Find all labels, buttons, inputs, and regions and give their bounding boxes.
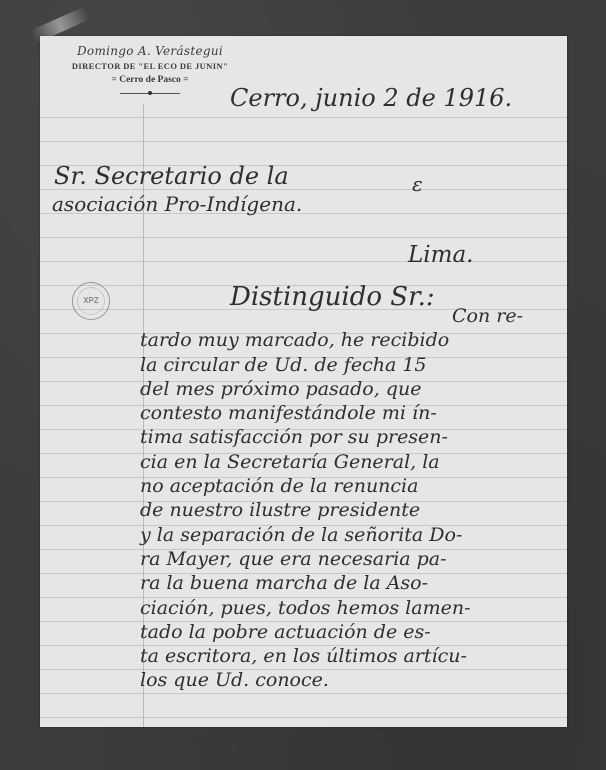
letter-body: Con re- tardo muy marcado, he recibido l…	[140, 304, 560, 693]
body-line: ra Mayer, que era necesaria pa-	[140, 547, 560, 571]
body-line: y la separación de la señorita Do-	[140, 523, 560, 547]
body-line: ciación, pues, todos hemos lamen-	[140, 596, 560, 620]
library-stamp-icon: XPZ	[72, 282, 110, 320]
body-line: tardo muy marcado, he recibido	[140, 328, 560, 352]
annotation-mark: ε	[412, 172, 423, 196]
letterhead-city: = Cerro de Pasco =	[60, 75, 240, 85]
body-line: Con re-	[140, 304, 560, 328]
body-line: de nuestro ilustre presidente	[140, 498, 560, 522]
body-line: del mes próximo pasado, que	[140, 377, 560, 401]
letterhead: Domingo A. Verástegui DIRECTOR DE "EL EC…	[60, 44, 240, 94]
letterhead-title: DIRECTOR DE "EL ECO DE JUNIN"	[60, 61, 240, 71]
body-line: tado la pobre actuación de es-	[140, 620, 560, 644]
body-line: la circular de Ud. de fecha 15	[140, 353, 560, 377]
date-line: Cerro, junio 2 de 1916.	[230, 84, 512, 112]
body-line: no aceptación de la renuncia	[140, 474, 560, 498]
body-line: cia en la Secretaría General, la	[140, 450, 560, 474]
addressee-line-1: Sr. Secretario de la	[54, 162, 289, 190]
body-line: ta escritora, en los últimos artícu-	[140, 644, 560, 668]
body-line: ra la buena marcha de la Aso-	[140, 571, 560, 595]
body-line: contesto manifestándole mi ín-	[140, 401, 560, 425]
addressee-line-2: asociación Pro-Indígena.	[52, 192, 302, 216]
body-line: los que Ud. conoce.	[140, 668, 560, 692]
addressee-city: Lima.	[408, 242, 473, 268]
letter-sheet: Domingo A. Verástegui DIRECTOR DE "EL EC…	[40, 36, 567, 727]
body-line: tima satisfacción por su presen-	[140, 425, 560, 449]
letterhead-name: Domingo A. Verástegui	[60, 44, 240, 58]
stamp-emblem: XPZ	[83, 298, 99, 304]
letterhead-divider	[120, 93, 180, 94]
